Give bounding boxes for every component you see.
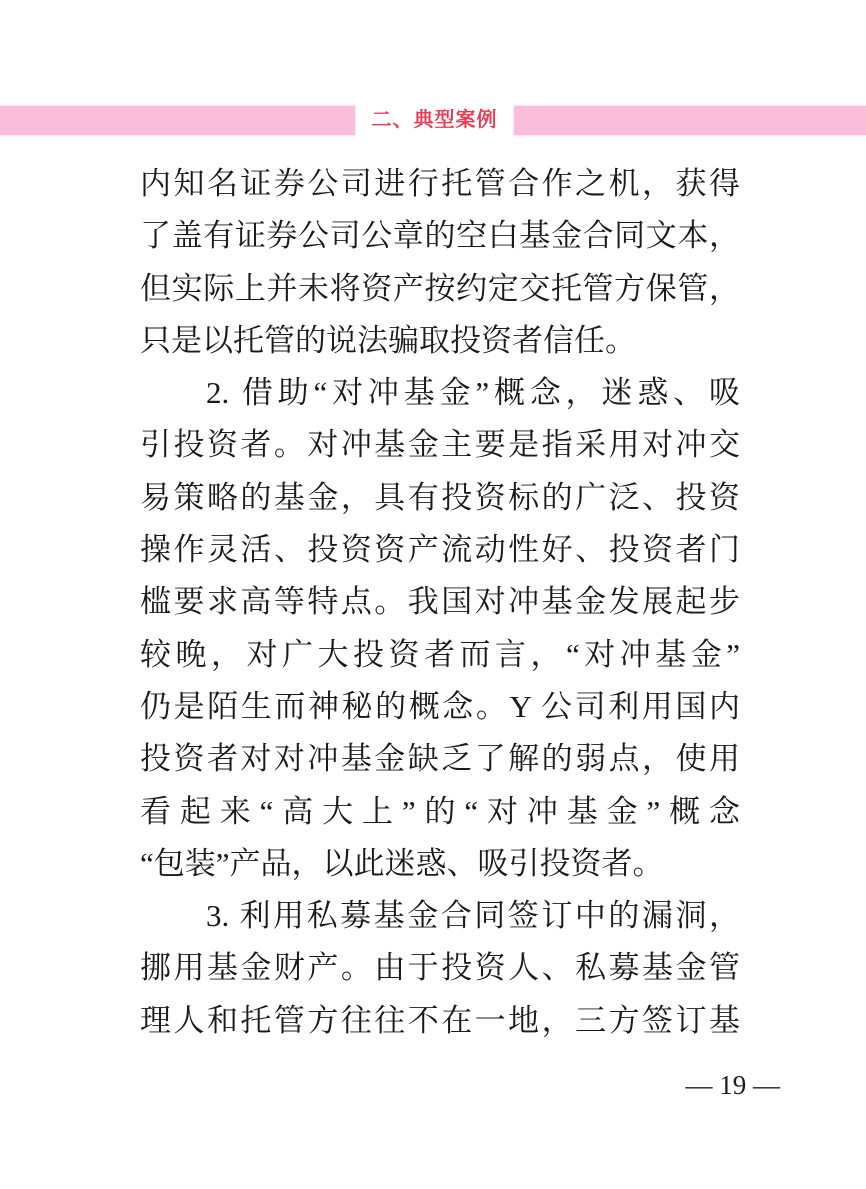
text-line: 引投资者。对冲基金主要是指采用对冲交	[140, 419, 740, 471]
text-line: 投资者对对冲基金缺乏了解的弱点，使用	[140, 733, 740, 785]
text-line: 较晚，对广大投资者而言，“对冲基金”	[140, 629, 740, 681]
text-line: 理人和托管方往往不在一地，三方签订基	[140, 995, 740, 1047]
text-line: 看起来“高大上”的“对冲基金”概念	[140, 786, 740, 838]
text-line: 3. 利用私募基金合同签订中的漏洞，	[140, 890, 740, 942]
book-page: 二、典型案例 内知名证券公司进行托管合作之机，获得 了盖有证券公司公章的空白基金…	[0, 0, 866, 1189]
body-text-block: 内知名证券公司进行托管合作之机，获得 了盖有证券公司公章的空白基金合同文本， 但…	[140, 158, 740, 1047]
text-line: 只是以托管的说法骗取投资者信任。	[140, 315, 740, 367]
text-line: 挪用基金财产。由于投资人、私募基金管	[140, 942, 740, 994]
text-line: 仍是陌生而神秘的概念。Y 公司利用国内	[140, 681, 740, 733]
text-line: “包装”产品，以此迷惑、吸引投资者。	[140, 838, 740, 890]
chapter-header-title: 二、典型案例	[355, 106, 514, 135]
text-line: 2. 借助“对冲基金”概念，迷惑、吸	[140, 367, 740, 419]
text-line: 易策略的基金，具有投资标的广泛、投资	[140, 472, 740, 524]
header-band-right	[514, 106, 866, 135]
header-band-left	[0, 106, 355, 135]
text-line: 了盖有证券公司公章的空白基金合同文本，	[140, 210, 740, 262]
page-number: — 19 —	[596, 1070, 780, 1101]
text-line: 内知名证券公司进行托管合作之机，获得	[140, 158, 740, 210]
text-line: 槛要求高等特点。我国对冲基金发展起步	[140, 576, 740, 628]
text-line: 但实际上并未将资产按约定交托管方保管，	[140, 263, 740, 315]
text-line: 操作灵活、投资资产流动性好、投资者门	[140, 524, 740, 576]
